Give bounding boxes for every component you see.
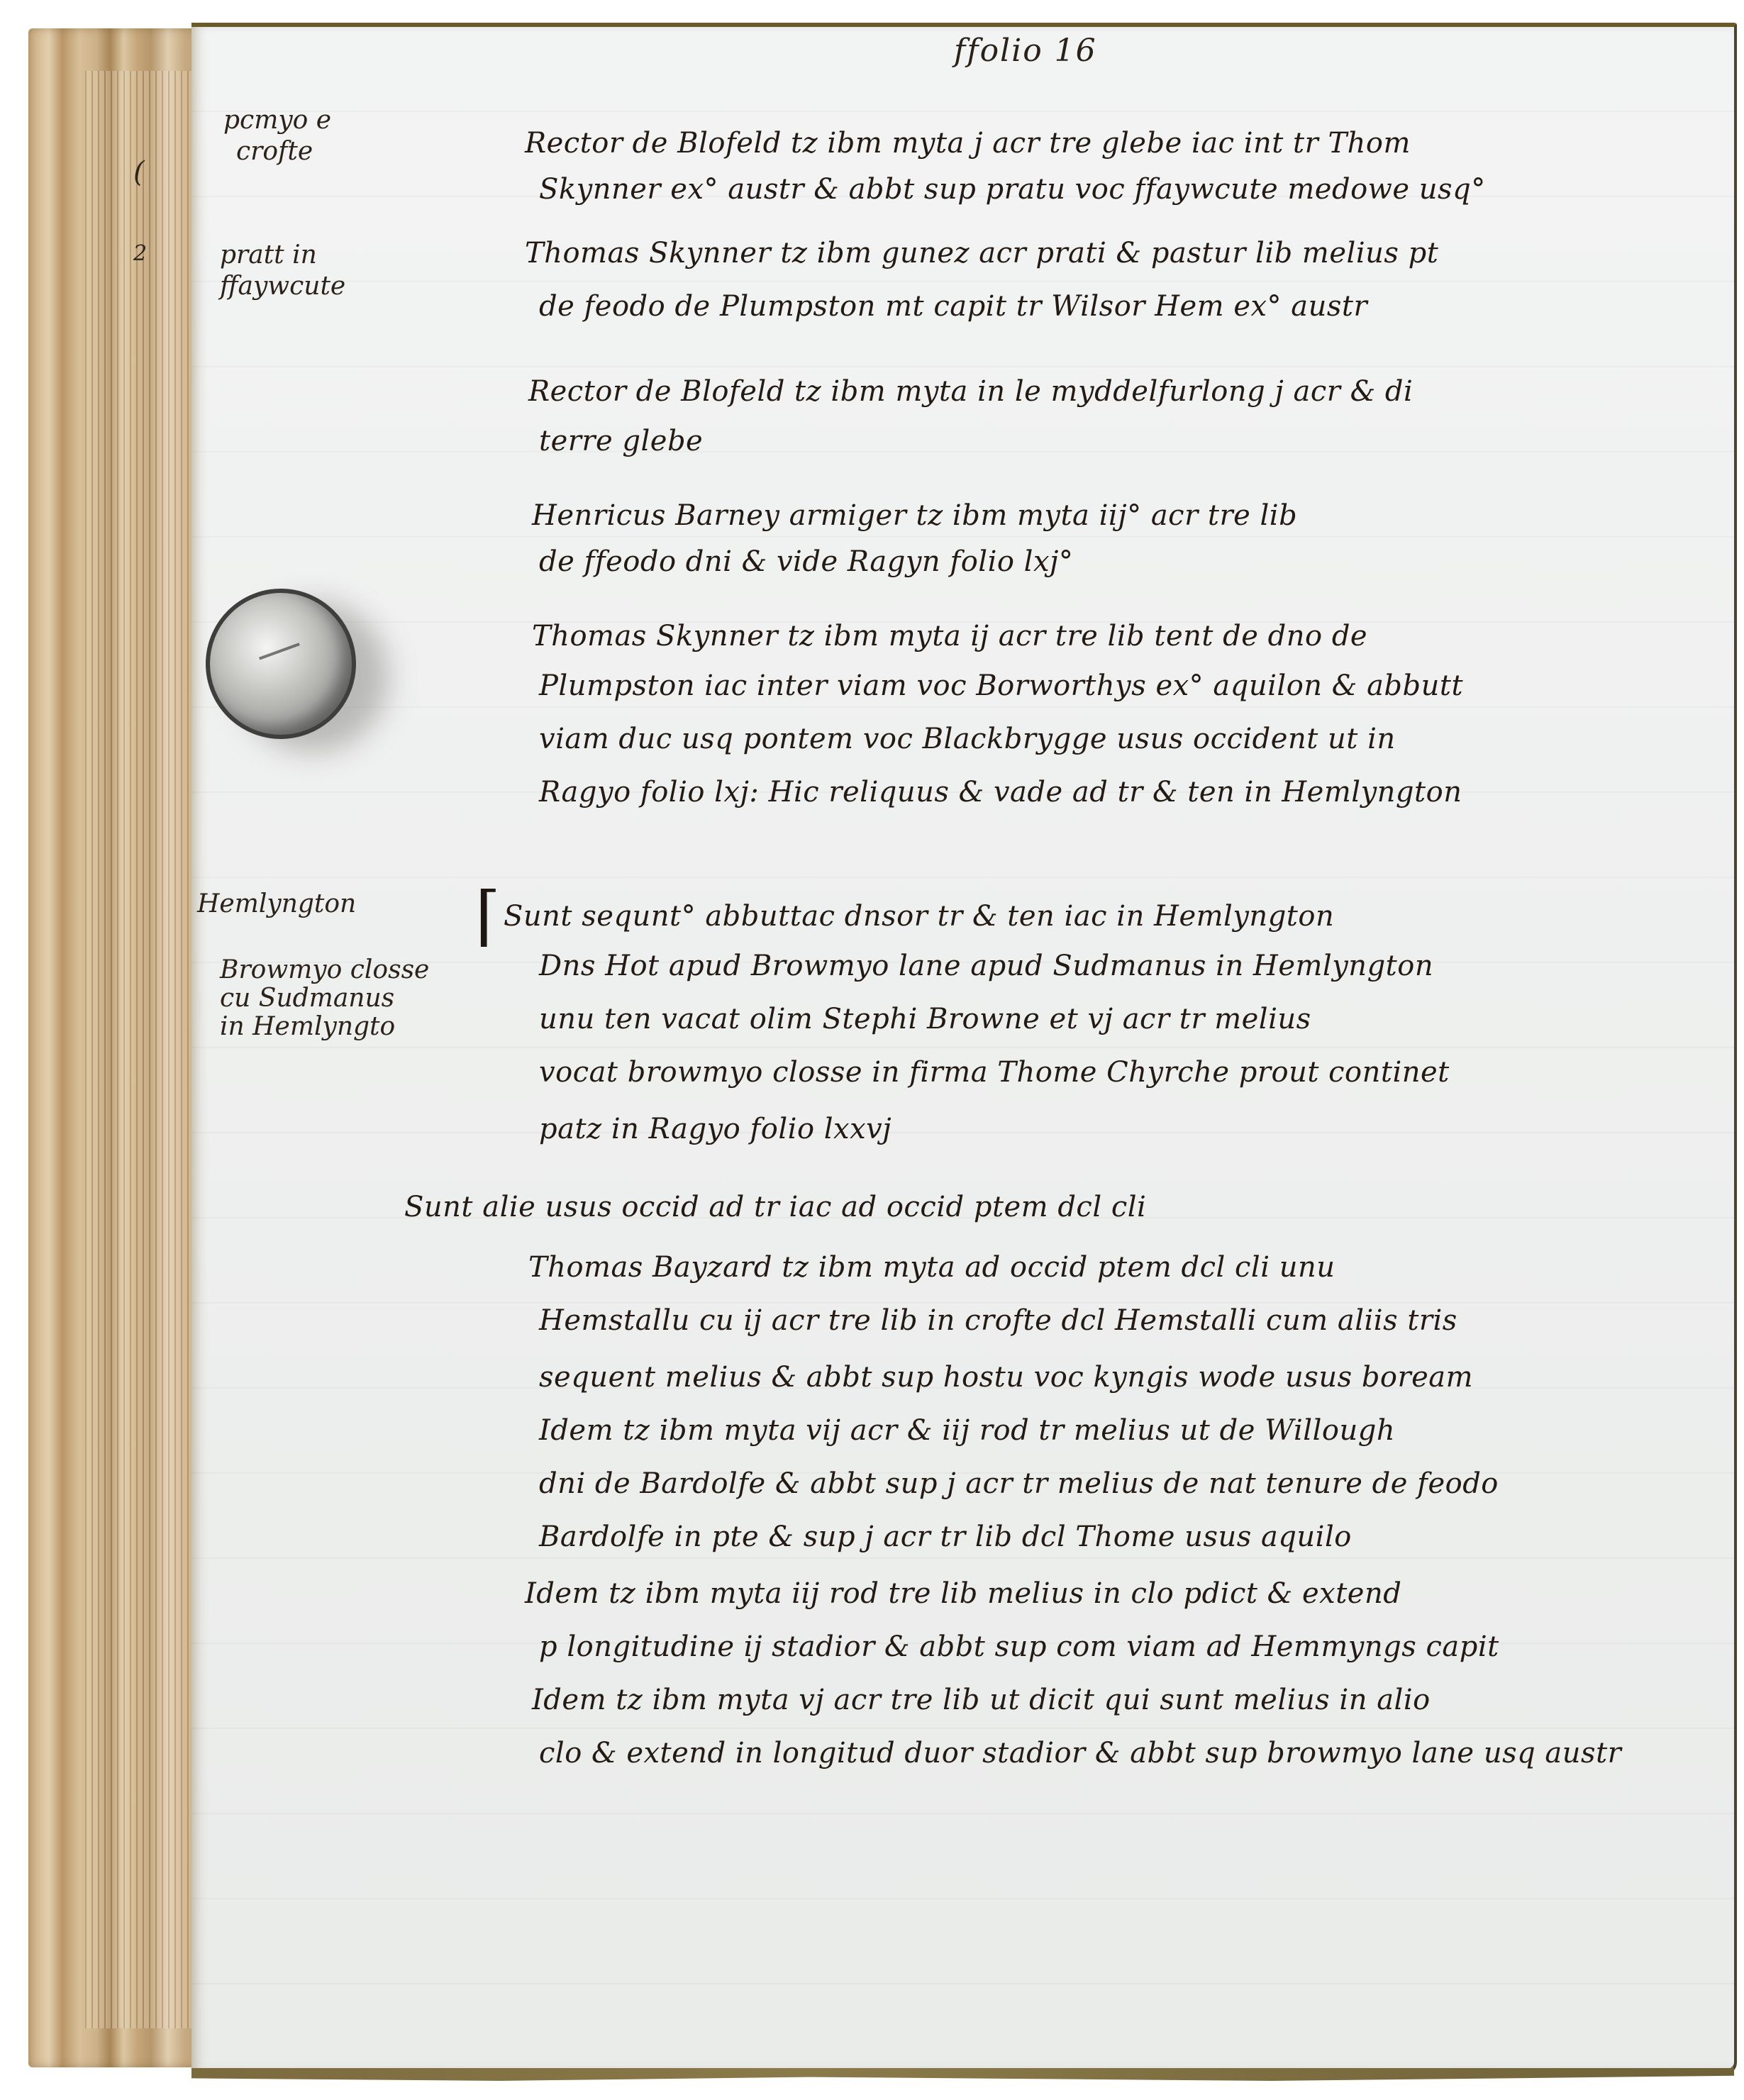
margin-note: Hemlyngton	[197, 889, 356, 920]
book-binding: ( 2	[28, 28, 199, 2067]
text-line: Rector de Blofeld tz ibm myta in le mydd…	[528, 374, 1413, 409]
text-line: unu ten vacat olim Stephi Browne et vj a…	[539, 1002, 1311, 1036]
text-line: p longitudine ij stadior & abbt sup com …	[539, 1630, 1499, 1664]
text-line: terre glebe	[539, 424, 703, 458]
text-line: Ragyo folio lxj: Hic reliquus & vade ad …	[539, 775, 1462, 809]
text-line: Thomas Skynner tz ibm gunez acr prati & …	[525, 236, 1438, 270]
text-line: Dns Hot apud Browmyo lane apud Sudmanus …	[539, 949, 1433, 983]
text-line: de feodo de Plumpston mt capit tr Wilsor…	[539, 289, 1367, 323]
text-line: Thomas Bayzard tz ibm myta ad occid ptem…	[528, 1250, 1335, 1284]
binding-mark: 2	[133, 241, 147, 266]
binding-mark: (	[133, 156, 145, 189]
text-line: sequent melius & abbt sup hostu voc kyng…	[539, 1360, 1473, 1394]
page-torn-edge	[191, 2068, 1734, 2081]
text-line: Idem tz ibm myta vj acr tre lib ut dicit…	[532, 1683, 1431, 1717]
margin-note: pratt in ffaywcute	[220, 240, 345, 302]
text-line: Henricus Barney armiger tz ibm myta iij°…	[532, 499, 1297, 533]
text-line: Bardolfe in pte & sup j acr tr lib dcl T…	[539, 1520, 1352, 1554]
text-line: Idem tz ibm myta iij rod tre lib melius …	[525, 1577, 1401, 1611]
text-line: clo & extend in longitud duor stadior & …	[539, 1736, 1621, 1770]
text-line: vocat browmyo closse in firma Thome Chyr…	[539, 1055, 1450, 1089]
text-line: Sunt sequnt° abbuttac dnsor tr & ten iac…	[504, 899, 1334, 933]
text-line: Plumpston iac inter viam voc Borworthys …	[539, 669, 1463, 703]
margin-note: pcmyo e crofte	[223, 105, 331, 167]
text-line: Rector de Blofeld tz ibm myta j acr tre …	[525, 126, 1411, 160]
text-line: Idem tz ibm myta vij acr & iij rod tr me…	[539, 1413, 1395, 1448]
margin-note: Browmyo closse cu Sudmanus in Hemlyngto	[220, 956, 429, 1041]
text-line: Skynner ex° austr & abbt sup pratu voc f…	[539, 172, 1486, 206]
text-line: de ffeodo dni & vide Ragyn folio lxj°	[539, 545, 1073, 579]
text-line-lead: Sunt alie usus occid ad tr iac ad occid …	[404, 1190, 1146, 1224]
text-line: viam duc usq pontem voc Blackbrygge usus…	[539, 722, 1396, 756]
manuscript-page: ffolio 16 pcmyo e crofte pratt in ffaywc…	[191, 23, 1737, 2075]
section-bracket: ⌈	[475, 878, 501, 954]
text-line: patz in Ragyo folio lxxvj	[539, 1112, 892, 1146]
text-line: Thomas Skynner tz ibm myta ij acr tre li…	[532, 619, 1367, 653]
text-line: Hemstallu cu ij acr tre lib in crofte dc…	[539, 1304, 1457, 1338]
folio-header: ffolio 16	[954, 33, 1097, 69]
text-line: dni de Bardolfe & abbt sup j acr tr meli…	[539, 1467, 1499, 1501]
coin-weight	[206, 589, 356, 739]
